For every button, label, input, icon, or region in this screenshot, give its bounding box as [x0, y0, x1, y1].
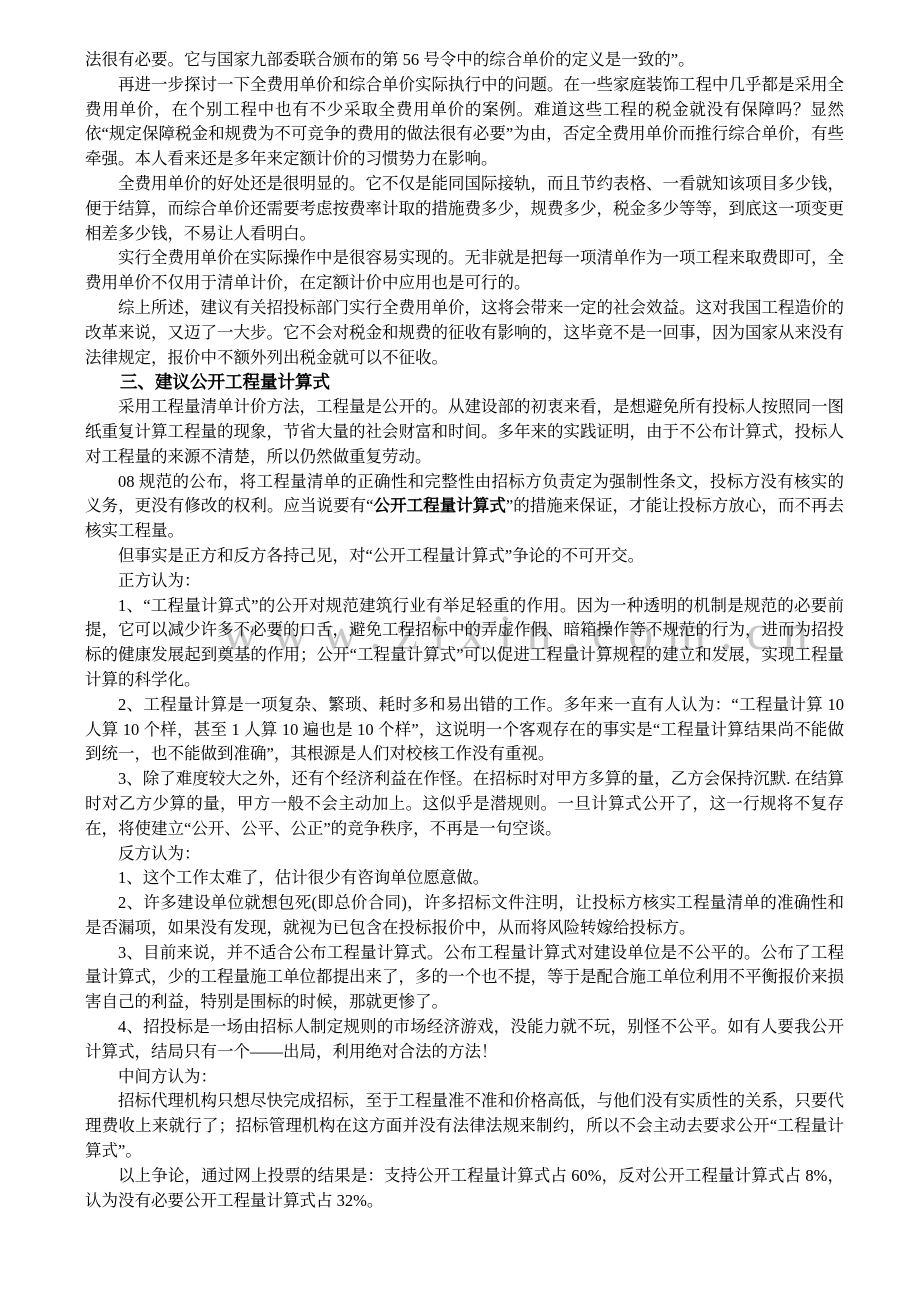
- paragraph: 反方认为：: [85, 842, 844, 867]
- paragraph: 实行全费用单价在实际操作中是很容易实现的。无非就是把每一项清单作为一项工程来取费…: [85, 246, 844, 296]
- text-run: 2、许多建设单位就想包死(即总价合同)，许多招标文件注明，让投标方核实工程量清单…: [85, 893, 844, 937]
- paragraph: 3、目前来说，并不适合公布工程量计算式。公布工程量计算式对建设单位是不公平的。公…: [85, 941, 844, 1015]
- text-run: 实行全费用单价在实际操作中是很容易实现的。无非就是把每一项清单作为一项工程来取费…: [85, 248, 844, 292]
- bold-text-run: 三、建议公开工程量计算式: [120, 372, 330, 392]
- text-run: 1、这个工作太难了，估计很少有咨询单位愿意做。: [118, 868, 489, 887]
- paragraph: 法很有必要。它与国家九部委联合颁布的第 56 号令中的综合单价的定义是一致的”。: [85, 48, 844, 73]
- paragraph: 综上所述，建议有关招投标部门实行全费用单价，这将会带来一定的社会效益。这对我国工…: [85, 296, 844, 370]
- text-run: 1、“工程量计算式”的公开对规范建筑行业有举足轻重的作用。因为一种透明的机制是规…: [85, 596, 844, 689]
- paragraph: 3、除了难度较大之外，还有个经济利益在作怪。在招标时对甲方多算的量，乙方会保持沉…: [85, 767, 844, 841]
- text-run: 3、除了难度较大之外，还有个经济利益在作怪。在招标时对甲方多算的量，乙方会保持沉…: [85, 769, 844, 838]
- text-run: 4、招投标是一场由招标人制定规则的市场经济游戏，没能力就不玩，别怪不公平。如有人…: [85, 1017, 844, 1061]
- paragraph: 2、许多建设单位就想包死(即总价合同)，许多招标文件注明，让投标方核实工程量清单…: [85, 891, 844, 941]
- paragraph: 采用工程量清单计价方法，工程量是公开的。从建设部的初衷来看，是想避免所有投标人按…: [85, 395, 844, 469]
- paragraph: 1、这个工作太难了，估计很少有咨询单位愿意做。: [85, 866, 844, 891]
- paragraph: 但事实是正方和反方各持己见，对“公开工程量计算式”争论的不可开交。: [85, 544, 844, 569]
- text-run: 中间方认为：: [118, 1067, 217, 1086]
- paragraph: 4、招投标是一场由招标人制定规则的市场经济游戏，没能力就不玩，别怪不公平。如有人…: [85, 1015, 844, 1065]
- text-run: 招标代理机构只想尽快完成招标，至于工程量准不准和价格高低，与他们没有实质性的关系…: [85, 1091, 844, 1160]
- paragraph: 以上争论，通过网上投票的结果是：支持公开工程量计算式占 60%，反对公开工程量计…: [85, 1164, 844, 1214]
- text-run: 但事实是正方和反方各持己见，对“公开工程量计算式”争论的不可开交。: [118, 546, 644, 565]
- paragraph: 中间方认为：: [85, 1065, 844, 1090]
- paragraph: 08 规范的公布，将工程量清单的正确性和完整性由招标方负责定为强制性条文，投标方…: [85, 470, 844, 544]
- paragraph: 1、“工程量计算式”的公开对规范建筑行业有举足轻重的作用。因为一种透明的机制是规…: [85, 594, 844, 693]
- text-run: 3、目前来说，并不适合公布工程量计算式。公布工程量计算式对建设单位是不公平的。公…: [85, 943, 844, 1012]
- paragraph: 再进一步探讨一下全费用单价和综合单价实际执行中的问题。在一些家庭装饰工程中几乎都…: [85, 73, 844, 172]
- document-body: 法很有必要。它与国家九部委联合颁布的第 56 号令中的综合单价的定义是一致的”。…: [85, 48, 844, 1213]
- document-page: www.zixin.com.cn 法很有必要。它与国家九部委联合颁布的第 56 …: [0, 0, 920, 1302]
- text-run: 全费用单价的好处还是很明显的。它不仅是能同国际接轨，而且节约表格、一看就知该项目…: [85, 174, 844, 243]
- text-run: 采用工程量清单计价方法，工程量是公开的。从建设部的初衷来看，是想避免所有投标人按…: [85, 397, 844, 466]
- text-run: 正方认为：: [118, 571, 201, 590]
- bold-text-run: 公开工程量计算式: [374, 496, 506, 515]
- section-heading: 三、建议公开工程量计算式: [85, 370, 844, 395]
- text-run: 以上争论，通过网上投票的结果是：支持公开工程量计算式占 60%，反对公开工程量计…: [85, 1166, 844, 1210]
- text-run: 反方认为：: [118, 844, 201, 863]
- paragraph: 全费用单价的好处还是很明显的。它不仅是能同国际接轨，而且节约表格、一看就知该项目…: [85, 172, 844, 246]
- text-run: 2、工程量计算是一项复杂、繁琐、耗时多和易出错的工作。多年来一直有人认为：“工程…: [85, 695, 844, 764]
- text-run: 法很有必要。它与国家九部委联合颁布的第 56 号令中的综合单价的定义是一致的”。: [85, 50, 695, 69]
- text-run: 再进一步探讨一下全费用单价和综合单价实际执行中的问题。在一些家庭装饰工程中几乎都…: [85, 75, 844, 168]
- text-run: 综上所述，建议有关招投标部门实行全费用单价，这将会带来一定的社会效益。这对我国工…: [85, 298, 844, 367]
- paragraph: 招标代理机构只想尽快完成招标，至于工程量准不准和价格高低，与他们没有实质性的关系…: [85, 1089, 844, 1163]
- paragraph: 正方认为：: [85, 569, 844, 594]
- paragraph: 2、工程量计算是一项复杂、繁琐、耗时多和易出错的工作。多年来一直有人认为：“工程…: [85, 693, 844, 767]
